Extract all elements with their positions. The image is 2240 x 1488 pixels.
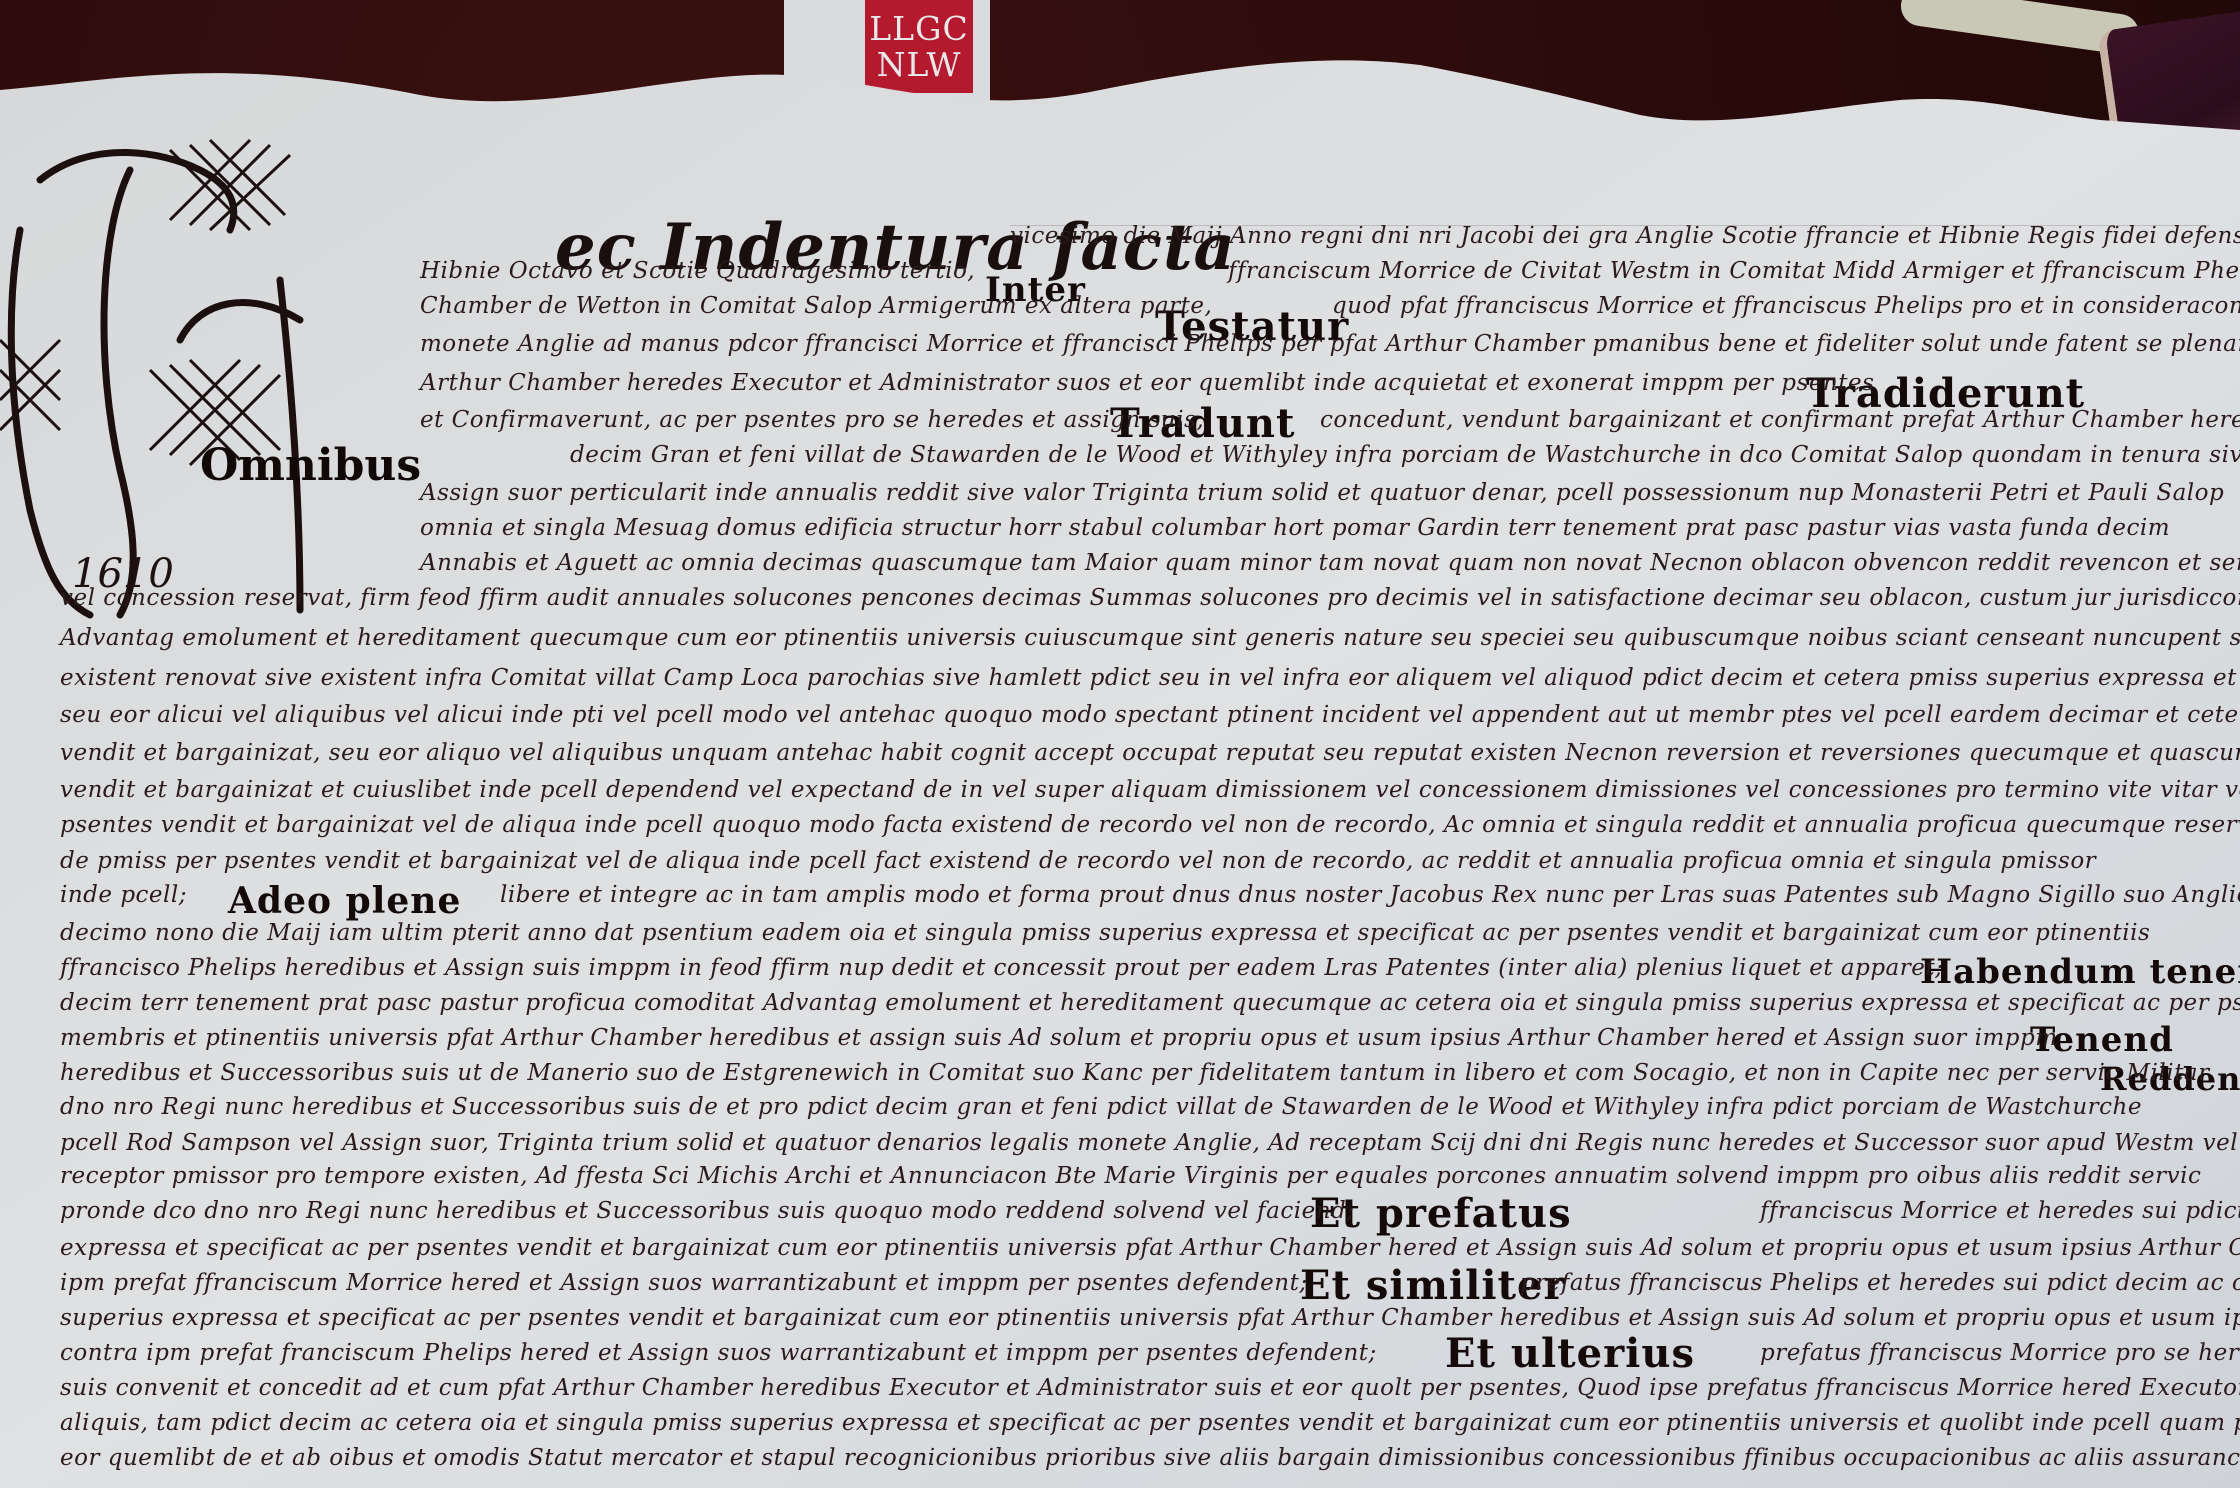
manuscript-line: dno nro Regi nunc heredibus et Successor… [60,1094,2142,1120]
opening-word: Omnibus [200,440,421,491]
manuscript-line: inde pcell; [60,882,187,908]
manuscript-line: prefatus ffranciscus Phelips et heredes … [1520,1270,2240,1296]
manuscript-text: ec Indentura facta 1610 Omnibus Inter Te… [0,0,2240,1488]
manuscript-line: et Confirmaverunt, ac per psentes pro se… [420,407,1204,433]
manuscript-line: aliquis, tam pdict decim ac cetera oia e… [60,1410,2240,1436]
manuscript-line: monete Anglie ad manus pdcor ffrancisci … [420,331,2240,357]
manuscript-line: Arthur Chamber heredes Executor et Admin… [420,370,1874,396]
manuscript-line: pronde dco dno nro Regi nunc heredibus e… [60,1198,1355,1224]
manuscript-line: Annabis et Aguett ac omnia decimas quasc… [420,550,2240,576]
manuscript-line: existent renovat sive existent infra Com… [60,665,2240,691]
manuscript-line: Chamber de Wetton in Comitat Salop Armig… [420,293,1212,319]
manuscript-line: decim Gran et feni villat de Stawarden d… [570,442,2240,468]
manuscript-line: omnia et singla Mesuag domus edificia st… [420,515,2170,541]
manuscript-line: eor quemlibt de et ab oibus et omodis St… [60,1445,2240,1471]
manuscript-line: ffrancisco Phelips heredibus et Assign s… [60,955,1943,981]
manuscript-line: pcell Rod Sampson vel Assign suor, Trigi… [60,1130,2238,1156]
manuscript-line: ffranciscum Morrice de Civitat Westm in … [1228,258,2240,284]
manuscript-line: ffranciscus Morrice et heredes sui pdict… [1760,1198,2240,1224]
manuscript-line: membris et ptinentiis universis pfat Art… [60,1025,2058,1051]
manuscript-line: libere et integre ac in tam amplis modo … [500,882,2240,908]
manuscript-line: concedunt, vendunt bargainizant et confi… [1320,407,2240,433]
manuscript-line: suis convenit et concedit ad et cum pfat… [60,1375,2240,1401]
manuscript-line: seu eor alicui vel aliquibus vel alicui … [60,702,2240,728]
display-word-habendum: Habendum tenend [1920,952,2240,992]
manuscript-line: vicesimo die Maij Anno regni dni nri Jac… [1010,223,2240,249]
manuscript-line: de pmiss per psentes vendit et bargainiz… [60,848,2096,874]
manuscript-line: vendit et bargainizat, seu eor aliquo ve… [60,740,2240,766]
manuscript-line: expressa et specificat ac per psentes ve… [60,1235,2240,1261]
manuscript-line: superius expressa et specificat ac per p… [60,1305,2240,1331]
display-word-adeo-plene: Adeo plene [228,880,461,922]
manuscript-line: psentes vendit et bargainizat vel de ali… [60,812,2240,838]
manuscript-line: contra ipm prefat franciscum Phelips her… [60,1340,1377,1366]
manuscript-line: receptor pmissor pro tempore existen, Ad… [60,1163,2201,1189]
manuscript-line: Assign suor perticularit inde annualis r… [420,480,2224,506]
manuscript-line: quod pfat ffranciscus Morrice et ffranci… [1332,293,2240,319]
manuscript-line: decimo nono die Maij iam ultim pterit an… [60,920,2150,946]
manuscript-line: vendit et bargainizat et cuiuslibet inde… [60,777,2240,803]
manuscript-line: ipm prefat ffranciscum Morrice hered et … [60,1270,1308,1296]
manuscript-line: Advantag emolument et hereditament quecu… [60,625,2240,651]
manuscript-line: decim terr tenement prat pasc pastur pro… [60,990,2240,1016]
display-word-et-ulterius: Et ulterius [1445,1330,1695,1377]
manuscript-line: vel concession reservat, firm feod ffirm… [60,585,2240,611]
manuscript-line: prefatus ffranciscus Morrice pro se here… [1760,1340,2240,1366]
manuscript-line: heredibus et Successoribus suis ut de Ma… [60,1060,2210,1086]
manuscript-line: Hibnie Octavo et Scotie Quadragesimo ter… [420,258,975,284]
